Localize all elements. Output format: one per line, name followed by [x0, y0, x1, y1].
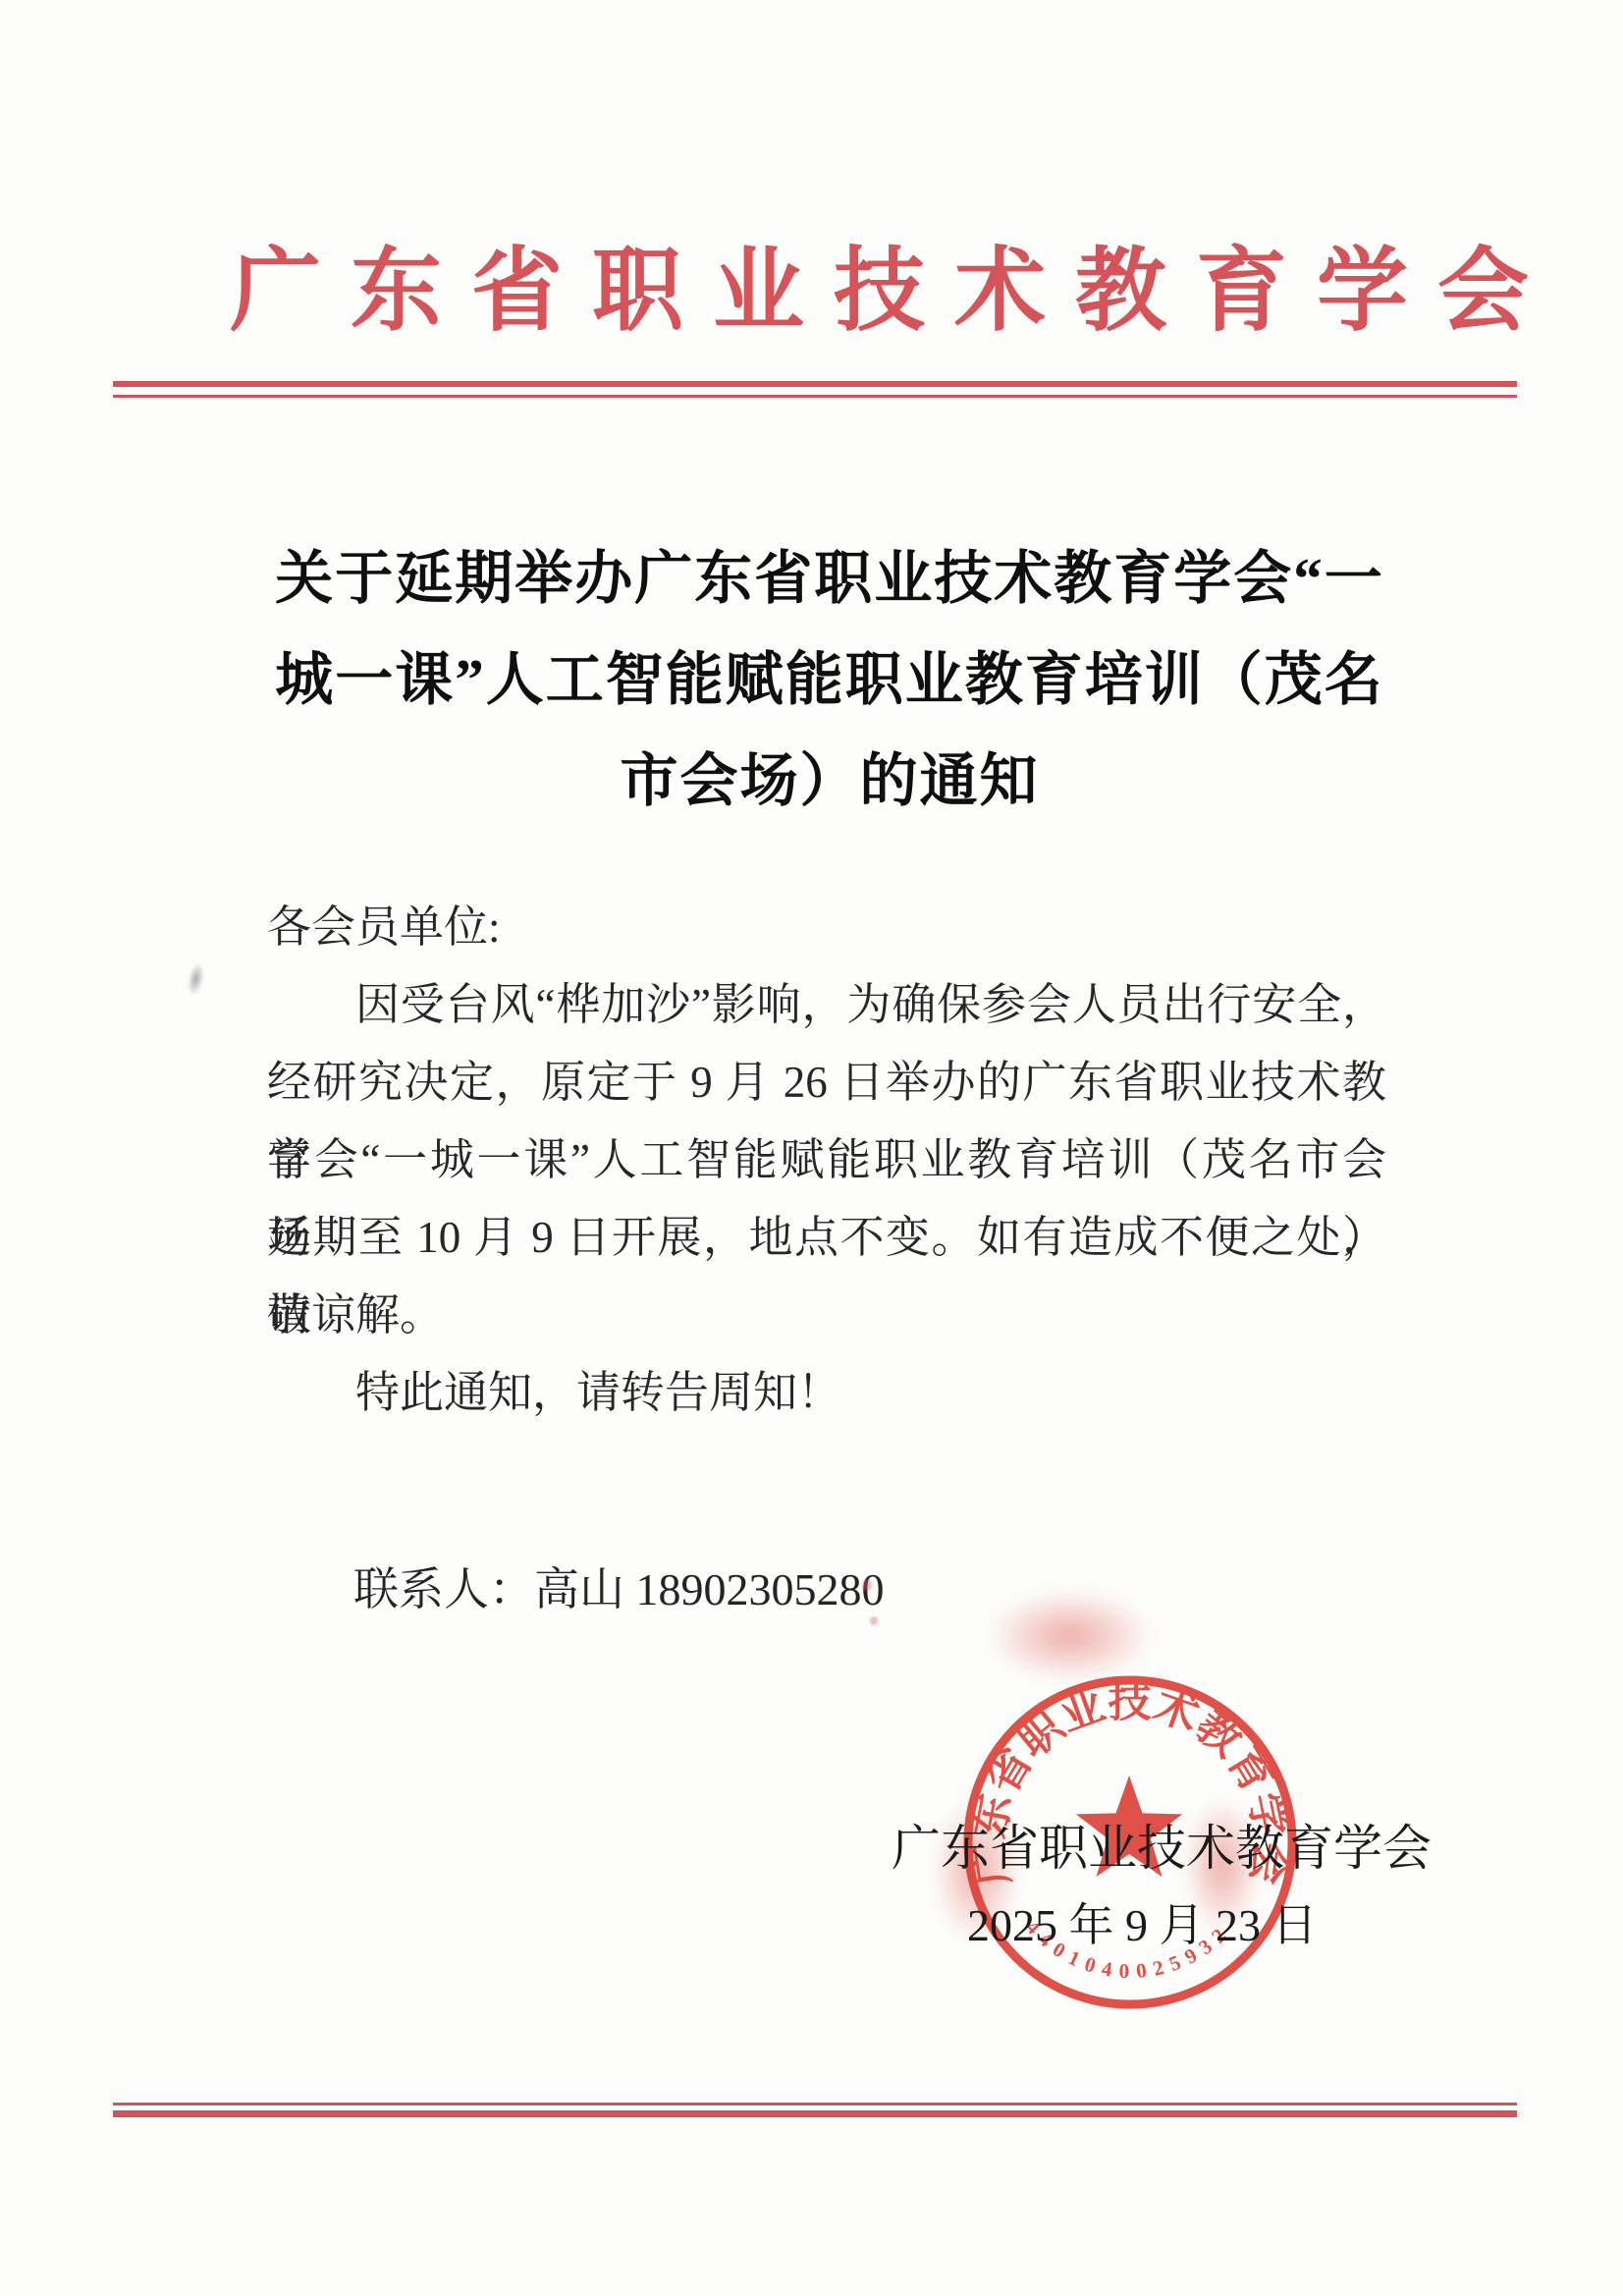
- body-line: 学会“一城一课”人工智能赋能职业教育培训（茂名市会场）: [267, 1121, 1386, 1199]
- header-rule-thick: [113, 381, 1517, 387]
- notice-body: 各会员单位: 因受台风“桦加沙”影响，为确保参会人员出行安全， 经研究决定，原定…: [267, 889, 1386, 1432]
- contact-line: 联系人：高山 18902305280: [353, 1554, 885, 1618]
- document-title-line-2: 城一课”人工智能赋能职业教育培训（茂名: [59, 629, 1600, 731]
- document-title: 关于延期举办广东省职业技术教育学会“一 城一课”人工智能赋能职业教育培训（茂名 …: [59, 528, 1600, 832]
- body-line: 经研究决定，原定于 9 月 26 日举办的广东省职业技术教育: [267, 1044, 1386, 1121]
- notice-document-page: 广东省职业技术教育学会 关于延期举办广东省职业技术教育学会“一 城一课”人工智能…: [0, 0, 1623, 2296]
- ink-smudge: [186, 961, 207, 997]
- body-line: 因受台风“桦加沙”影响，为确保参会人员出行安全，: [267, 966, 1386, 1044]
- footer-rule-thin: [113, 2103, 1517, 2105]
- salutation: 各会员单位:: [267, 889, 1386, 966]
- body-line: 请谅解。: [267, 1277, 1386, 1354]
- closing-sentence: 特此通知，请转告周知！: [267, 1354, 1386, 1432]
- header-rule-thin: [113, 395, 1517, 398]
- body-line: 延期至 10 月 9 日开展，地点不变。如有造成不便之处，敬: [267, 1199, 1386, 1277]
- signature-date: 2025 年 9 月 23 日: [967, 1889, 1318, 1954]
- document-title-line-1: 关于延期举办广东省职业技术教育学会“一: [59, 528, 1600, 629]
- footer-rule-thick: [113, 2110, 1517, 2117]
- letterhead-title: 广东省职业技术教育学会: [230, 236, 1558, 350]
- signature-org-name: 广东省职业技术教育学会: [892, 1809, 1432, 1880]
- document-title-line-3: 市会场）的通知: [59, 731, 1600, 832]
- ink-dot: [870, 1616, 878, 1625]
- ink-dot: [862, 1579, 872, 1591]
